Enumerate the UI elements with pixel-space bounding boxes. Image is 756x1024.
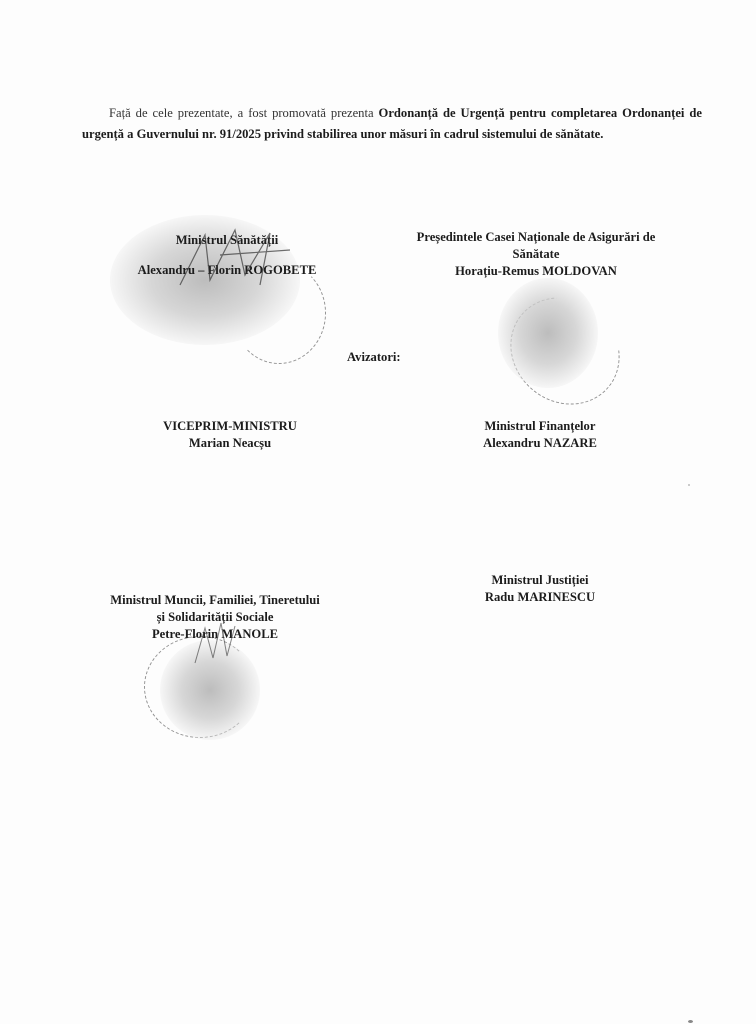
redacted-signature-blur bbox=[498, 278, 598, 388]
official-stamp bbox=[489, 275, 642, 426]
scan-speck bbox=[688, 1020, 693, 1023]
signatory-name: Alexandru NAZARE bbox=[455, 435, 625, 452]
intro-paragraph: Față de cele prezentate, a fost promovat… bbox=[82, 103, 702, 145]
redacted-signature-blur bbox=[160, 640, 260, 740]
signatory-name: Marian Neacșu bbox=[140, 435, 320, 452]
signatory-labour-minister: Ministrul Muncii, Familiei, Tineretului … bbox=[90, 592, 340, 643]
signatory-finance-minister: Ministrul Finanțelor Alexandru NAZARE bbox=[455, 418, 625, 452]
signatory-name: Petre-Florin MANOLE bbox=[90, 626, 340, 643]
scan-speck bbox=[688, 484, 690, 486]
signatory-cnas-president: Președintele Casei Naționale de Asigurăr… bbox=[396, 229, 676, 280]
signatory-title: Ministrul Sănătății bbox=[112, 232, 342, 249]
official-stamp bbox=[144, 636, 256, 738]
signatory-name: Radu MARINESCU bbox=[455, 589, 625, 606]
signatory-health-minister: Ministrul Sănătății Alexandru – Florin R… bbox=[112, 232, 342, 279]
signatory-title: Ministrul Finanțelor bbox=[455, 418, 625, 435]
document-page: Față de cele prezentate, a fost promovat… bbox=[0, 0, 756, 1024]
signatory-title-line2: Sănătate bbox=[396, 246, 676, 263]
signatory-justice-minister: Ministrul Justiției Radu MARINESCU bbox=[455, 572, 625, 606]
intro-lead: Față de cele prezentate, a fost promovat… bbox=[109, 106, 379, 120]
signatory-title: VICEPRIM-MINISTRU bbox=[140, 418, 320, 435]
signatory-title: Ministrul Justiției bbox=[455, 572, 625, 589]
signatory-title-line1: Ministrul Muncii, Familiei, Tineretului bbox=[90, 592, 340, 609]
signatory-deputy-pm: VICEPRIM-MINISTRU Marian Neacșu bbox=[140, 418, 320, 452]
signatory-name: Horațiu-Remus MOLDOVAN bbox=[396, 263, 676, 280]
signatory-title-line1: Președintele Casei Naționale de Asigurăr… bbox=[396, 229, 676, 246]
signatory-name: Alexandru – Florin ROGOBETE bbox=[112, 262, 342, 279]
avizatori-heading: Avizatori: bbox=[347, 350, 401, 365]
signatory-title-line2: și Solidarității Sociale bbox=[90, 609, 340, 626]
